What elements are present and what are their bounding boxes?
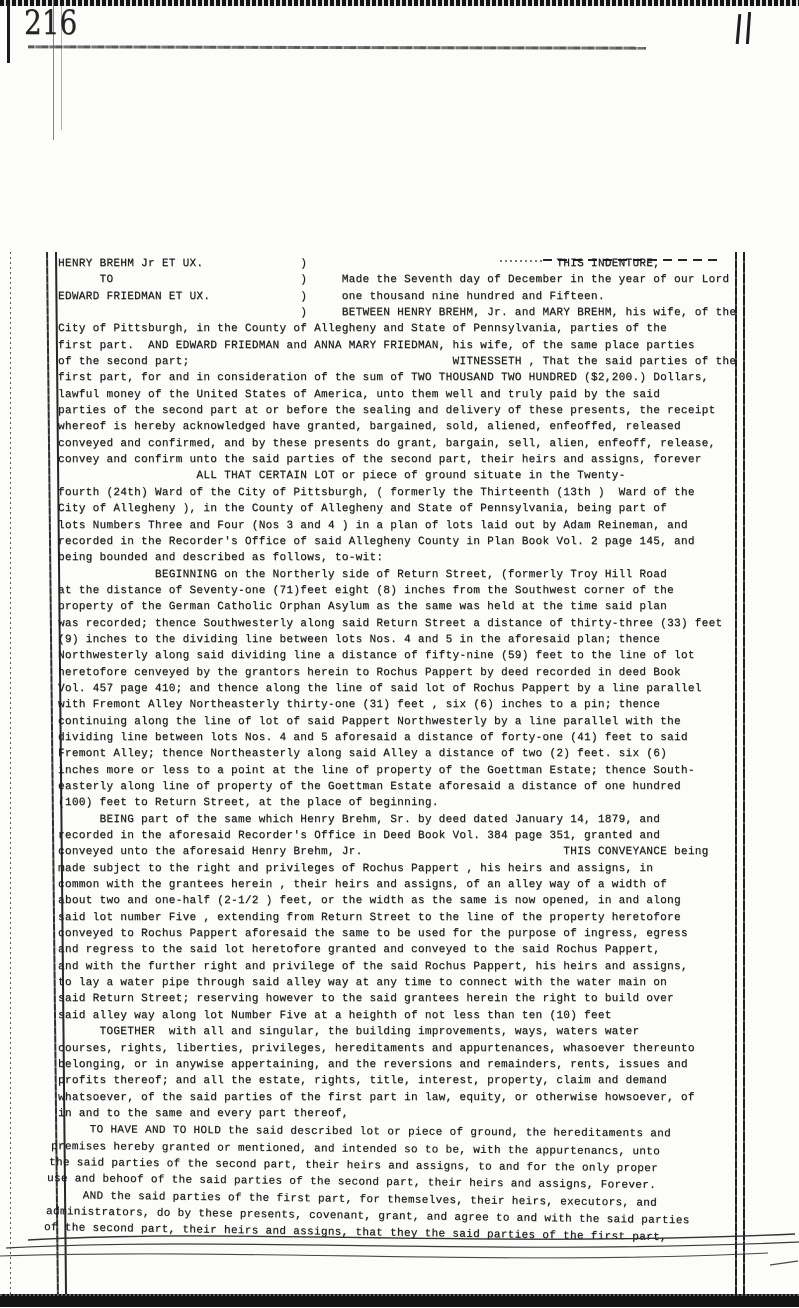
text-line: property of the German Catholic Orphan A… bbox=[58, 599, 750, 615]
text-line: HENRY BREHM Jr ET UX. ) THIS INDENTURE, bbox=[58, 256, 750, 272]
text-line: easterly along line of property of the G… bbox=[58, 779, 750, 795]
text-line: with Fremont Alley Northeasterly thirty-… bbox=[58, 697, 750, 713]
text-line: (9) inches to the dividing line between … bbox=[58, 632, 750, 648]
text-line: whatsoever, of the said parties of the f… bbox=[58, 1090, 750, 1106]
binding-mark bbox=[736, 14, 741, 44]
text-line: of the second part; WITNESSETH , That th… bbox=[58, 354, 750, 370]
text-line: and regress to the said lot heretofore g… bbox=[58, 942, 750, 958]
text-line: City of Allegheny ), in the County of Al… bbox=[58, 501, 750, 517]
binding-mark bbox=[746, 12, 751, 44]
left-corner-line bbox=[7, 5, 10, 63]
text-line: made subject to the right and privileges… bbox=[58, 861, 750, 877]
text-line: ) BETWEEN HENRY BREHM, Jr. and MARY BREH… bbox=[58, 305, 750, 321]
text-line: convey and confirm unto the said parties… bbox=[58, 452, 750, 468]
text-line: at the distance of Seventy-one (71)feet … bbox=[58, 583, 750, 599]
text-line: BEGINNING on the Northerly side of Retur… bbox=[58, 567, 750, 583]
text-line: continuing along the line of lot of said… bbox=[58, 714, 750, 730]
bottom-edge-border bbox=[0, 1294, 799, 1307]
text-line: conveyed unto the aforesaid Henry Brehm,… bbox=[58, 844, 750, 860]
text-line: in and to the same and every part thereo… bbox=[58, 1106, 750, 1122]
text-line: BEING part of the same which Henry Brehm… bbox=[58, 812, 750, 828]
text-line: said alley way along lot Number Five at … bbox=[58, 1008, 750, 1024]
text-line: dividing line between lots Nos. 4 and 5 … bbox=[58, 730, 750, 746]
text-line: TOGETHER with all and singular, the buil… bbox=[58, 1024, 750, 1040]
text-line: and with the further right and privilege… bbox=[58, 959, 750, 975]
fold-line bbox=[53, 0, 54, 140]
text-line: parties of the second part at or before … bbox=[58, 403, 750, 419]
deed-text-block: HENRY BREHM Jr ET UX. ) THIS INDENTURE, … bbox=[58, 256, 750, 1237]
text-line: conveyed and confirmed, and by these pre… bbox=[58, 436, 750, 452]
text-line: being bounded and described as follows, … bbox=[58, 550, 750, 566]
text-line: profits thereof; and all the estate, rig… bbox=[58, 1073, 750, 1089]
text-line: recorded in the aforesaid Recorder's Off… bbox=[58, 828, 750, 844]
text-line: heretofore cenveyed by the grantors here… bbox=[58, 665, 750, 681]
text-line: said lot number Five , extending from Re… bbox=[58, 910, 750, 926]
text-line: common with the grantees herein , their … bbox=[58, 877, 750, 893]
text-line: conveyed to Rochus Pappert aforesaid the… bbox=[58, 926, 750, 942]
text-line: (100) feet to Return Street, at the plac… bbox=[58, 795, 750, 811]
text-line: Northwesterly along said dividing line a… bbox=[58, 648, 750, 664]
left-dotted-border bbox=[10, 252, 11, 1298]
text-line: about two and one-half (2-1/2 ) feet, or… bbox=[58, 893, 750, 909]
text-line: to lay a water pipe through said alley w… bbox=[58, 975, 750, 991]
text-line: lawful money of the United States of Ame… bbox=[58, 387, 750, 403]
text-line: Vol. 457 page 410; and thence along the … bbox=[58, 681, 750, 697]
text-line: EDWARD FRIEDMAN ET UX. ) one thousand ni… bbox=[58, 289, 750, 305]
page-number: 216 bbox=[24, 6, 77, 40]
text-line: first part. AND EDWARD FRIEDMAN and ANNA… bbox=[58, 338, 750, 354]
text-line: recorded in the Recorder's Office of sai… bbox=[58, 534, 750, 550]
text-line: said Return Street; reserving however to… bbox=[58, 991, 750, 1007]
text-line: ALL THAT CERTAIN LOT or piece of ground … bbox=[58, 468, 750, 484]
scanned-deed-page: 216 HENRY BREHM Jr ET UX. ) THIS INDENTU… bbox=[0, 0, 799, 1308]
fold-line bbox=[61, 0, 62, 130]
text-line: was recorded; thence Southwesterly along… bbox=[58, 616, 750, 632]
bottom-wavy-lines bbox=[0, 1226, 799, 1286]
top-edge-border bbox=[0, 0, 799, 6]
text-line: fourth (24th) Ward of the City of Pittsb… bbox=[58, 485, 750, 501]
text-line: courses, rights, liberties, privileges, … bbox=[58, 1041, 750, 1057]
text-line: belonging, or in anywise appertaining, a… bbox=[58, 1057, 750, 1073]
text-line: City of Pittsburgh, in the County of All… bbox=[58, 321, 750, 337]
text-line: lots Numbers Three and Four (Nos 3 and 4… bbox=[58, 518, 750, 534]
text-line: TO ) Made the Seventh day of December in… bbox=[58, 272, 750, 288]
text-line: Fremont Alley; thence Northeasterly alon… bbox=[58, 746, 750, 762]
text-line: whereof is hereby acknowledged have gran… bbox=[58, 419, 750, 435]
header-rule bbox=[28, 45, 646, 49]
text-line: first part, for and in consideration of … bbox=[58, 370, 750, 386]
text-line: inches more or less to a point at the li… bbox=[58, 763, 750, 779]
